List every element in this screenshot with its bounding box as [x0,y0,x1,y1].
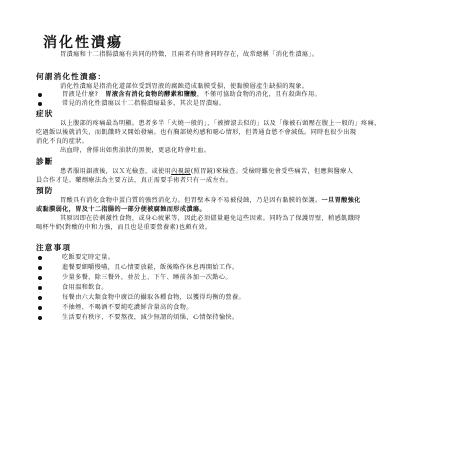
note-item: 食用溫和飲食。 [62,283,108,292]
bullet-icon [38,286,42,290]
note-item: 吃飯要定時定量。 [62,253,114,262]
note-item: 少量多餐，除三餐外，並於上、下午、睡前各加一次點心。 [62,273,232,282]
intro-paragraph: 胃潰瘍和十二指腸潰瘍有共同的特徵，且兩者有時會同時存在，故常總稱「消化性潰瘍」。 [60,50,318,59]
bullet-icon [38,316,42,320]
diagnosis-line-1: 患者服用鋇液後，以Ｘ光檢查，或使用內視鏡(照胃鏡)來檢查。受檢時難免會受些痛苦，… [60,167,353,176]
note-item: 進餐要細嚼慢嚥，且心情要放鬆，飯後略作休息再開始工作。 [62,263,239,272]
prevention-text: 胃酸具有消化食物中蛋白質的強烈消化力。但胃壁本身不易被侵蝕，乃是因有黏膜的保護。 [60,197,322,204]
note-item: 不抽煙、不喝酒不要純吃濃鮮含量高的食物。 [62,303,193,312]
bullet-bold-answer: 胃液含有消化食物的酵素和鹽酸 [105,91,197,98]
diagnosis-text: 患者服用鋇液後，以Ｘ光檢查，或使用 [60,168,171,175]
diagnosis-line-2: 員合作才是。藥劑療法為主要方法，真正需要手術者只有一成左右。 [36,176,232,185]
bullet-icon [38,306,42,310]
diagnosis-text-cont: (照胃鏡)來檢查。受檢時難免會受些痛苦，但應與醫療人 [191,168,353,175]
definition-bullet-2: 常見的消化性潰瘍以十二指腸潰瘍最多，其次是胃潰瘍。 [62,99,225,108]
symptoms-line-3: 消化不良的症狀。 [36,137,88,146]
bullet-icon [38,276,42,280]
bullet-rest: ，不僅可協助食物的消化，且有殺菌作用。 [197,91,321,98]
symptoms-line-1: 以上腹部的疼痛最為明顯。患者多半「火燒一般的」、「被擠滾去似的」以及「像被石頭壓… [60,119,381,128]
prevention-line-3: 其原因即在於刺激性食物，或身心疲累等，因此必須儘量避免這些因素。同時為了保護胃壁… [60,214,361,223]
section-heading-notes: 注意事項 [36,243,71,253]
bullet-icon [38,296,42,300]
prevention-line-1: 胃酸具有消化食物中蛋白質的強烈消化力。但胃壁本身不易被侵蝕，乃是因有黏膜的保護。… [60,196,361,205]
section-heading-prevention: 預防 [36,186,54,196]
bullet-icon [38,93,42,97]
endoscope-term: 內視鏡 [171,168,191,175]
prevention-line-2: 或黏膜弱化，胃及十二指腸的一部分便被腐蝕而形成潰瘍。 [36,205,206,214]
definition-bullet-1: 胃液是什麼? 胃液含有消化食物的酵素和鹽酸，不僅可協助食物的消化，且有殺菌作用。 [62,90,321,99]
page-title: 消化性潰瘍 [43,35,123,51]
prevention-bold: 一旦胃酸強化 [322,197,361,204]
document-page: 消化性潰瘍 胃潰瘍和十二指腸潰瘍有共同的特徵，且兩者有時會同時存在，故常總稱「消… [0,0,452,452]
section-heading-definition: 何謂消化性潰瘍： [36,72,106,82]
bullet-icon [38,266,42,270]
bullet-question: 胃液是什麼? [62,91,98,98]
section-heading-symptoms: 症狀 [36,109,54,119]
section-heading-diagnosis: 診斷 [36,157,54,167]
bullet-icon [38,256,42,260]
symptoms-line-2: 吃過飯以後就消失，而飢餓時又開始發痛。也有胸部燒灼感和噁心情形，但普通食慾不會減… [36,128,356,137]
prevention-line-4: 喝杯牛奶(對酸的中和力強，而且也是重要營養素)也頗有效。 [36,223,212,232]
bullet-icon [38,102,42,106]
symptoms-line-4: 出血時，會排出如焦油狀的黑便，更惡化時會吐血。 [60,146,210,155]
note-item: 生活要有秩序，不要熬夜，減少無謂的煩惱，心情保持愉快。 [62,313,239,322]
note-item: 每餐由六大類食物中廣泛的攝取各種食物，以獲得均衡的營養。 [62,293,245,302]
